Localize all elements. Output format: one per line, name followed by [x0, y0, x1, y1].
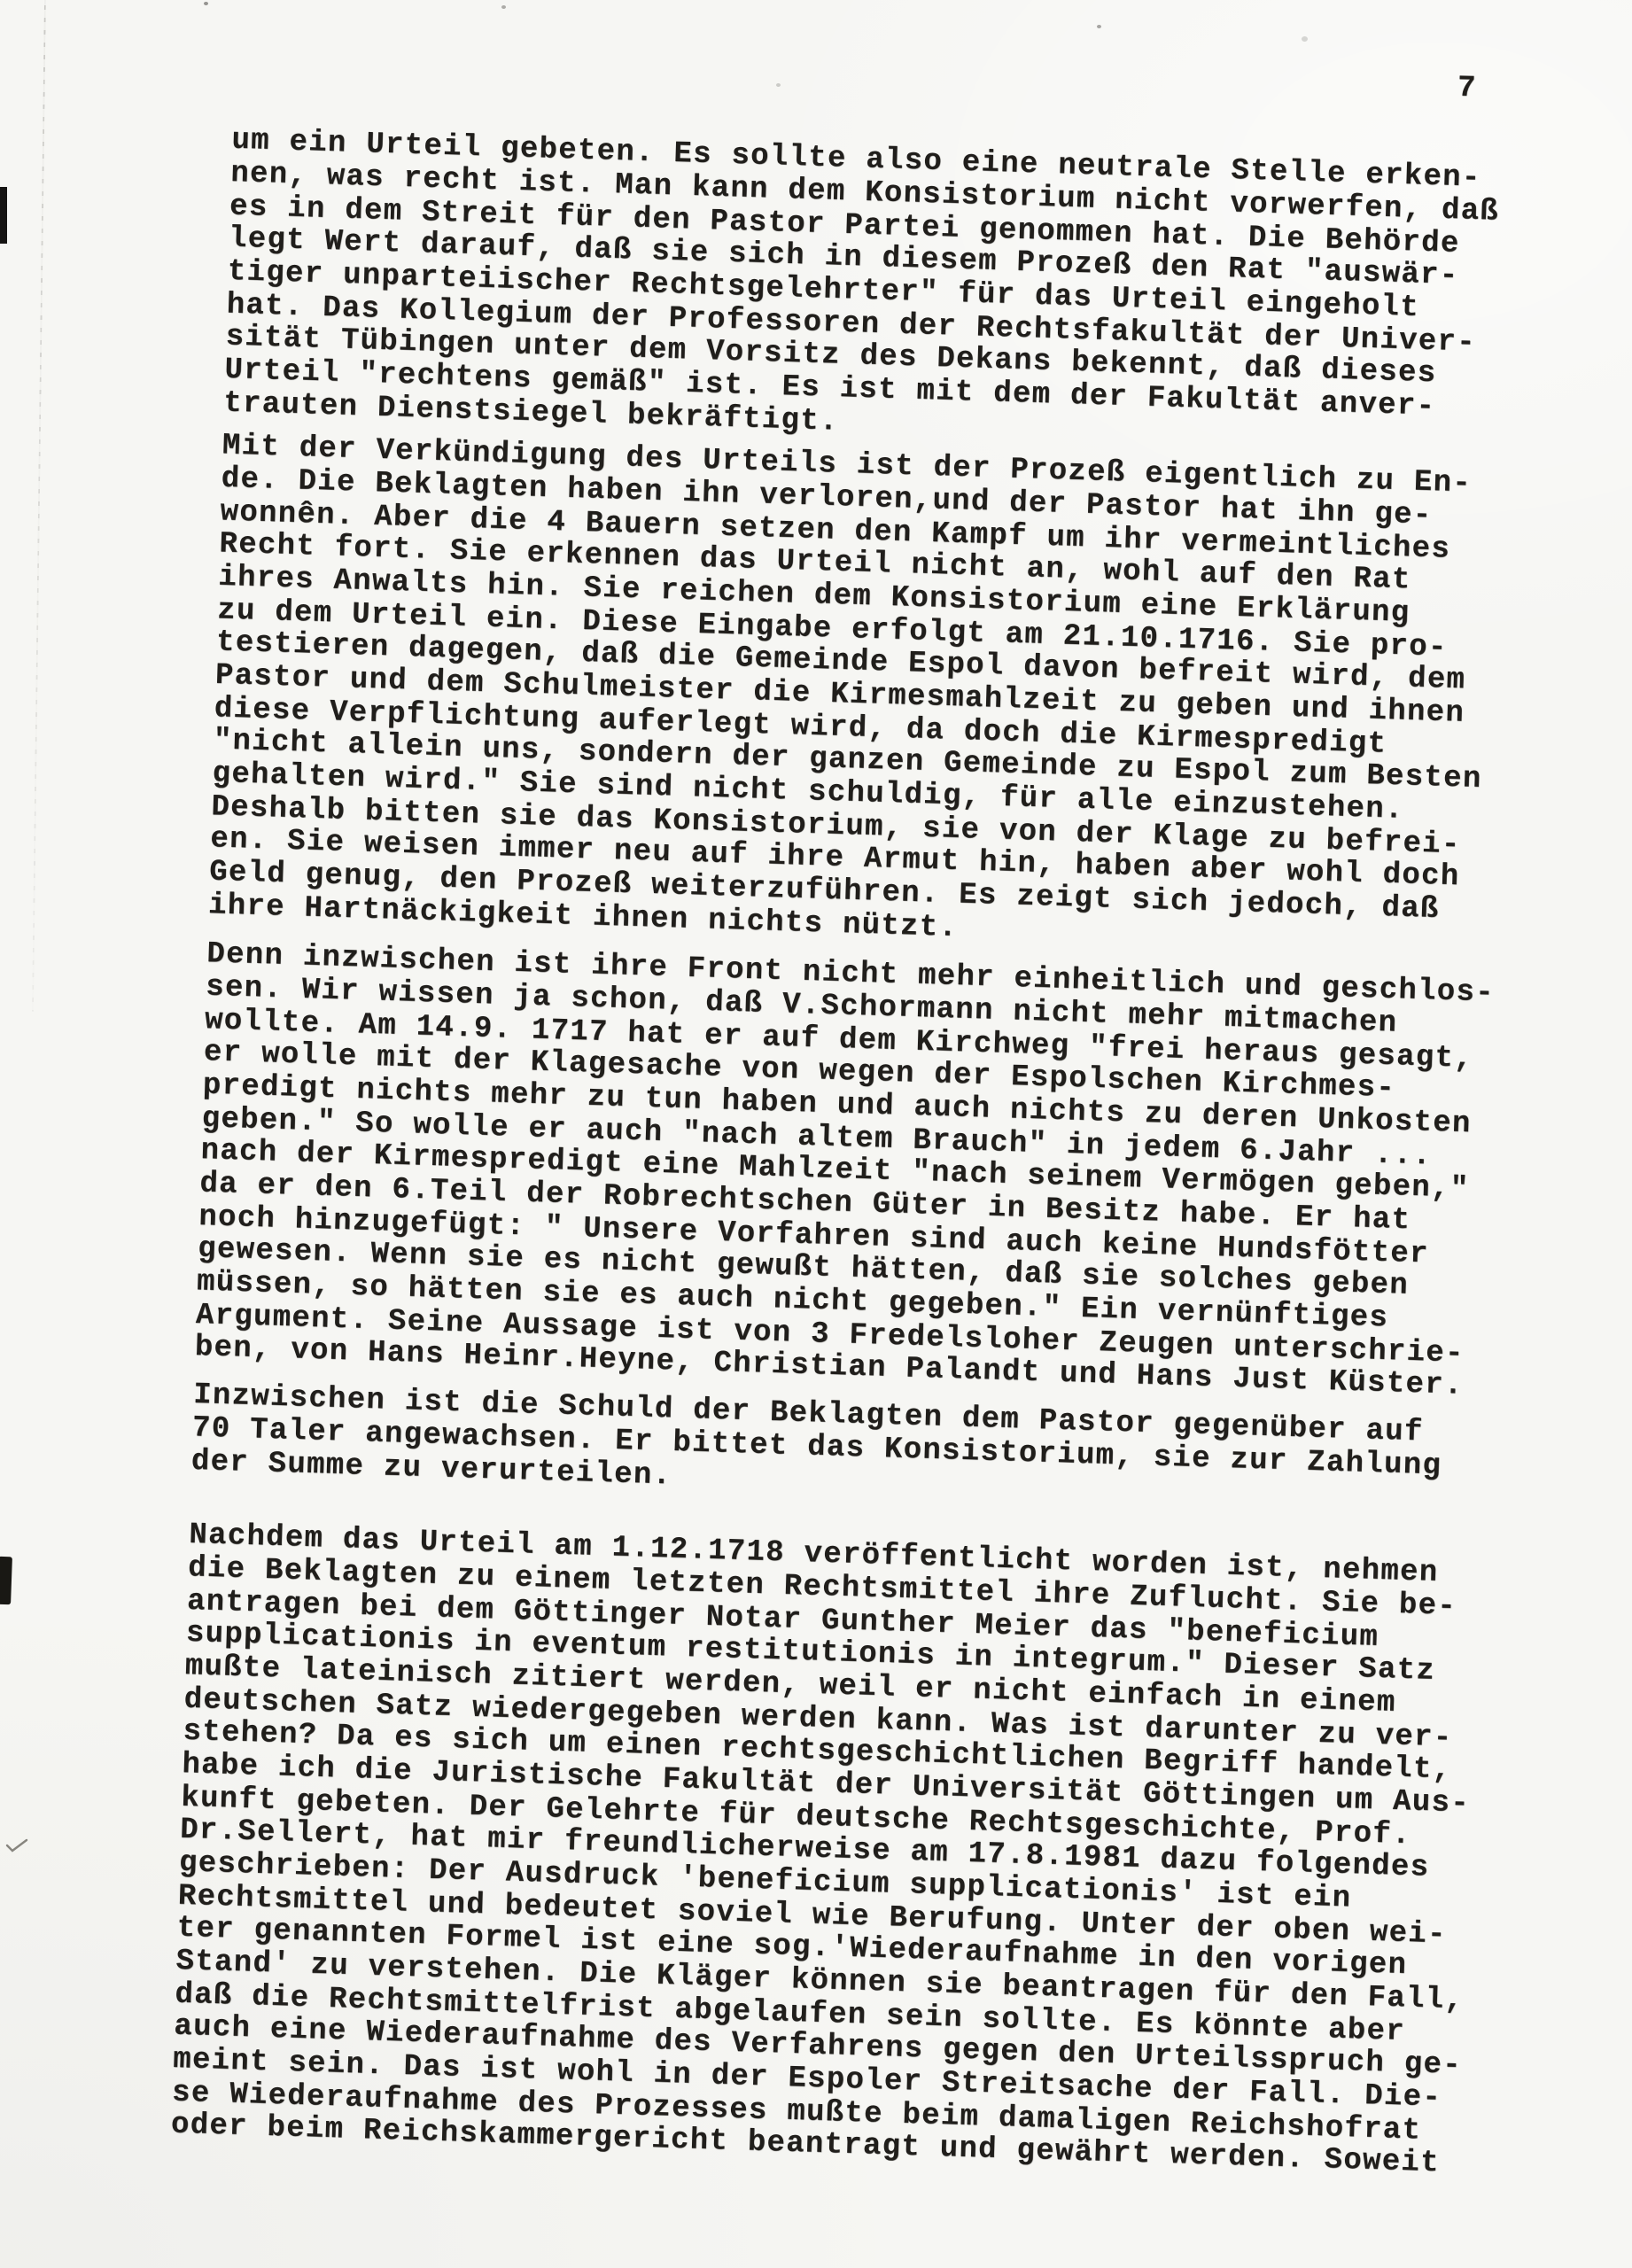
paragraph: Inzwischen ist die Schuld der Beklagten …	[190, 1379, 1481, 1517]
page-number: 7	[1457, 73, 1476, 105]
paragraph: Mit der Verkündigung des Urteils ist der…	[208, 431, 1511, 961]
scan-edge-mark-artifact	[0, 187, 7, 244]
scanned-page: 7 um ein Urteil gebeten. Es sollte also …	[0, 0, 1632, 2268]
scan-specks-artifact	[204, 2, 208, 5]
paragraph: Denn inzwischen ist ihre Front nicht meh…	[194, 939, 1495, 1404]
checkmark-icon	[5, 1837, 28, 1853]
scan-fold-line-artifact	[32, 0, 46, 1012]
paragraph: Nachdem das Urteil am 1.12.1718 veröffen…	[170, 1519, 1477, 2181]
margin-checkmark-artifact	[5, 1837, 28, 1858]
scan-edge-mark-artifact	[0, 1557, 12, 1605]
document-text: um ein Urteil gebeten. Es sollte also ei…	[170, 125, 1519, 2181]
paragraph: um ein Urteil gebeten. Es sollte also ei…	[223, 125, 1520, 459]
